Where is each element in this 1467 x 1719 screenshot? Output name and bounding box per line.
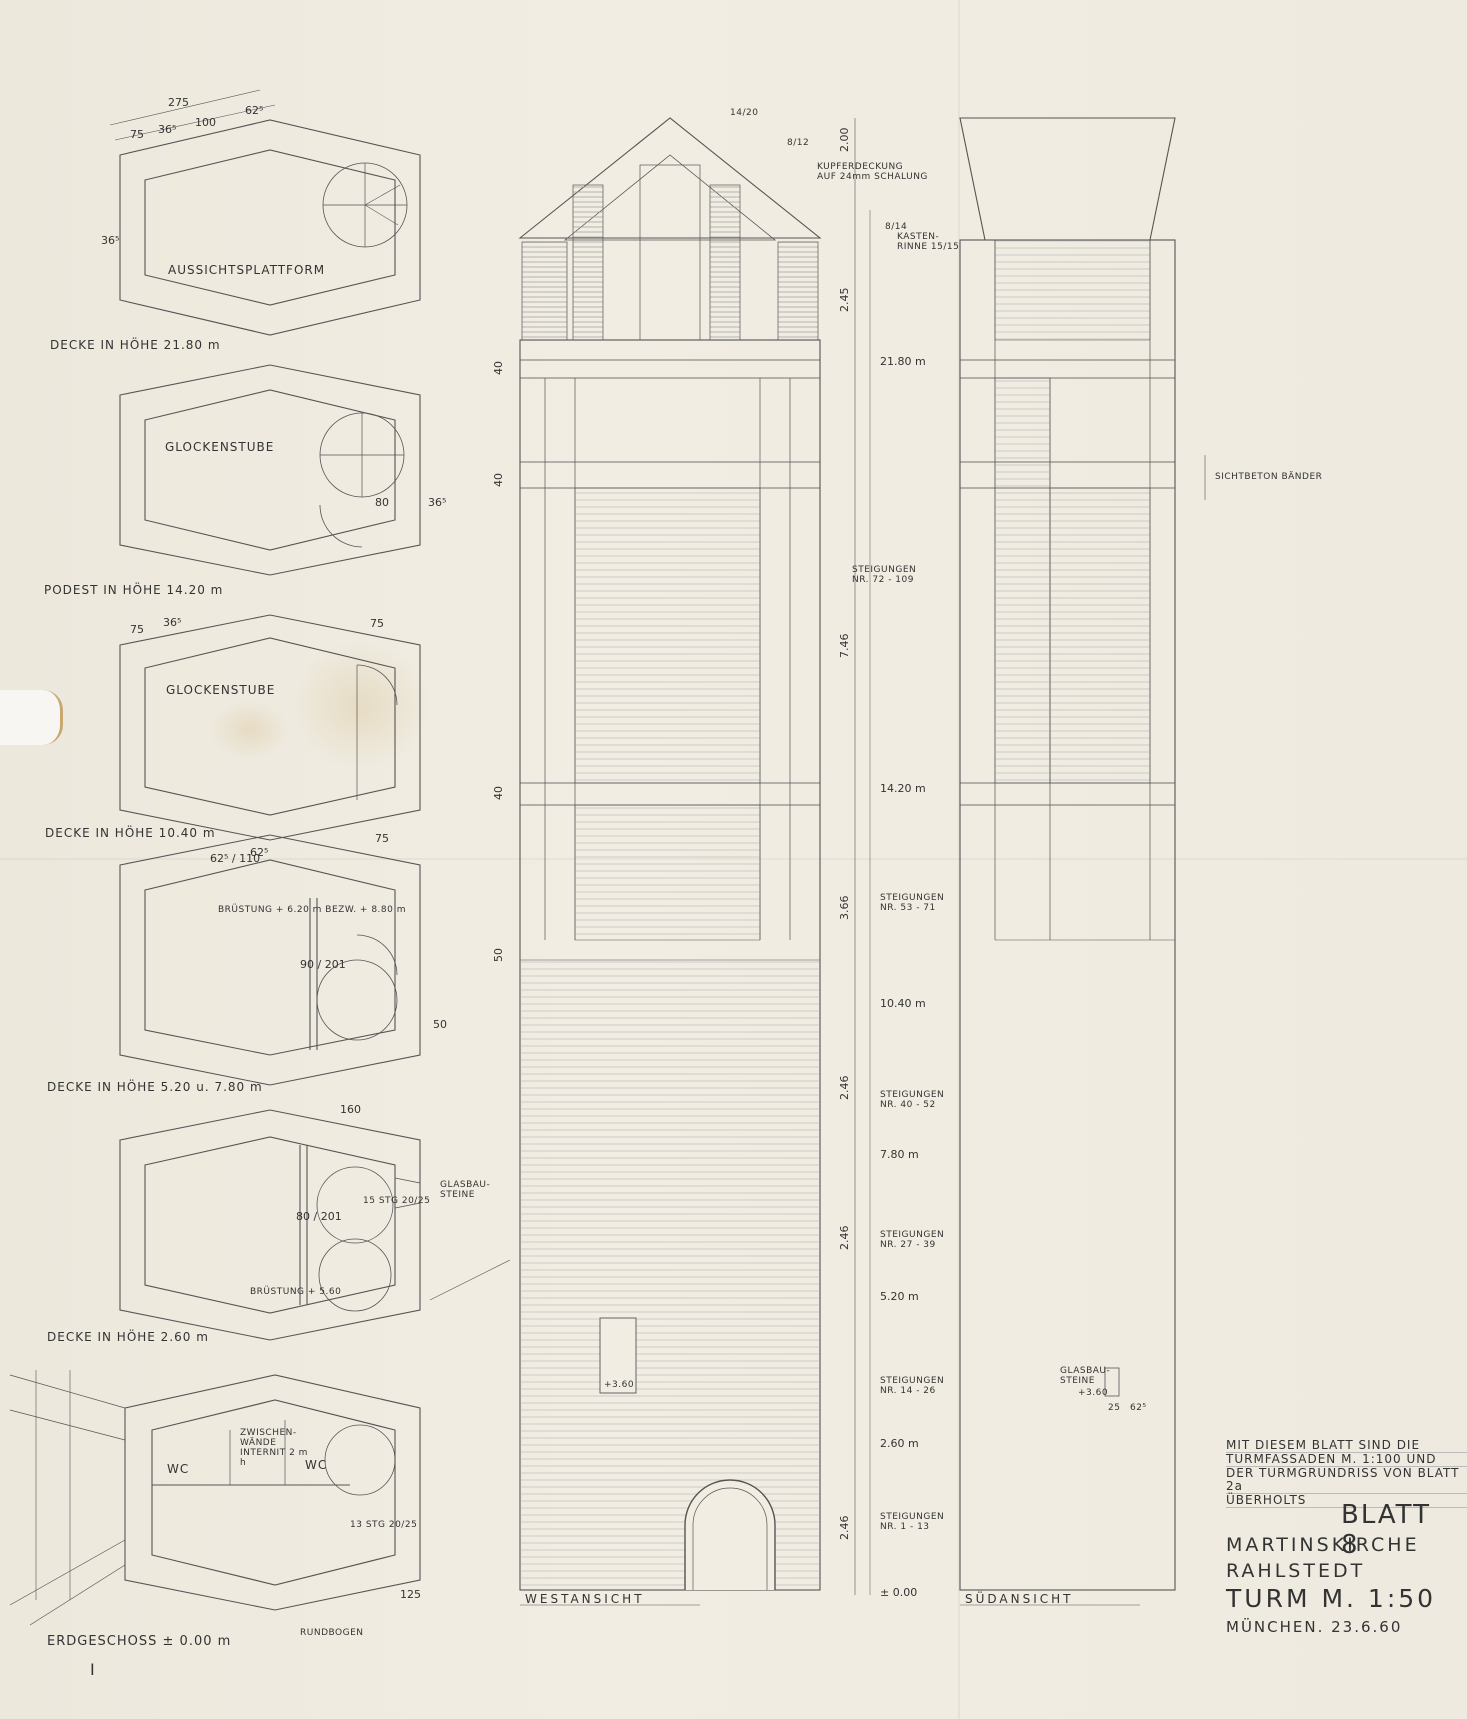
roofing-note: KUPFERDECKUNG <box>817 162 903 172</box>
level-marker: 2.60 m <box>880 1437 919 1450</box>
drawing-sheet: AUSSICHTSPLATTFORM DECKE IN HÖHE 21.80 m… <box>0 0 1467 1719</box>
room-label: BRÜSTUNG + 6.20 m BEZW. + 8.80 m <box>218 905 406 915</box>
revision-note: MIT DIESEM BLATT SIND DIE TURMFASSADEN M… <box>1226 1439 1467 1508</box>
level-marker: ± 0.00 <box>880 1586 917 1599</box>
dimension: 2.46 <box>838 1226 851 1251</box>
dimension: 62⁵ <box>245 104 263 117</box>
stair-range: NR. 27 - 39 <box>880 1240 936 1250</box>
plan-caption: DECKE IN HÖHE 2.60 m <box>47 1330 209 1344</box>
dimension: 36⁵ <box>428 496 446 509</box>
plan-caption: DECKE IN HÖHE 5.20 u. 7.80 m <box>47 1080 263 1094</box>
roofing-note: AUF 24mm SCHALUNG <box>817 172 928 182</box>
level-marker: 10.40 m <box>880 997 926 1010</box>
dimension: 36⁵ <box>163 616 181 629</box>
stair-label: 15 STG 20/25 <box>363 1196 430 1206</box>
note-label: BRÜSTUNG + 5.60 <box>250 1287 341 1297</box>
project-location: RAHLSTEDT <box>1226 1560 1365 1582</box>
plan-caption: DECKE IN HÖHE 21.80 m <box>50 338 221 352</box>
dimension: 75 <box>130 128 144 141</box>
dimension: 36⁵ <box>158 123 176 136</box>
plan-aussichtsplattform <box>110 90 420 335</box>
dimension: 36⁵ <box>101 234 119 247</box>
stair-range: NR. 53 - 71 <box>880 903 936 913</box>
dimension: 100 <box>195 116 216 129</box>
stair-range: NR. 72 - 109 <box>852 575 914 585</box>
room-label: WC <box>167 1462 189 1476</box>
dimension: 62⁵ <box>250 846 268 859</box>
dimension: 160 <box>340 1103 361 1116</box>
plan-caption: PODEST IN HÖHE 14.20 m <box>44 583 223 597</box>
dimension: 75 <box>130 623 144 636</box>
place-date: MÜNCHEN. 23.6.60 <box>1226 1618 1402 1636</box>
dimension: 80 / 201 <box>296 1210 342 1223</box>
level-marker: 14.20 m <box>880 782 926 795</box>
plan-first-floor <box>120 1110 420 1340</box>
room-label: GLOCKENSTUBE <box>166 683 275 697</box>
room-label: AUSSICHTSPLATTFORM <box>168 263 325 277</box>
stair-range: NR. 40 - 52 <box>880 1100 936 1110</box>
elevation-title-west: WESTANSICHT <box>525 1592 645 1606</box>
dimension: 25 <box>1108 1403 1120 1413</box>
dimension: 2.46 <box>838 1076 851 1101</box>
dimension: 75 <box>370 617 384 630</box>
dimension: 50 <box>492 948 505 962</box>
note-line: MIT DIESEM BLATT SIND DIE <box>1226 1439 1467 1453</box>
plan-caption: DECKE IN HÖHE 10.40 m <box>45 826 216 840</box>
page-mark: I <box>90 1660 95 1679</box>
plan-glockenstube-lower <box>120 615 420 840</box>
gutter-note: RINNE 15/15 <box>897 242 959 252</box>
room-label: GLOCKENSTUBE <box>165 440 274 454</box>
window-level: +3.60 <box>604 1380 634 1390</box>
dimension: 2.45 <box>838 288 851 313</box>
drawing-subject: TURM M. 1:50 <box>1226 1584 1436 1613</box>
dimension: 62⁵ <box>1130 1403 1147 1413</box>
stair-range-label: STEIGUNGEN <box>880 1090 944 1100</box>
note-line: DER TURMGRUNDRISS VON BLATT 2a <box>1226 1467 1467 1494</box>
stair-range: NR. 1 - 13 <box>880 1522 930 1532</box>
elevation-title-south: SÜDANSICHT <box>965 1592 1074 1606</box>
concrete-bands-note: SICHTBETON BÄNDER <box>1215 472 1322 482</box>
dimension: 75 <box>375 832 389 845</box>
west-elevation <box>430 118 870 1595</box>
dimension: 2.46 <box>838 1516 851 1541</box>
level-marker: 7.80 m <box>880 1148 919 1161</box>
dimension: 40 <box>492 473 505 487</box>
stair-range: NR. 14 - 26 <box>880 1386 936 1396</box>
stair-range-label: STEIGUNGEN <box>880 1512 944 1522</box>
stair-range-label: STEIGUNGEN <box>852 565 916 575</box>
glass-block-note: GLASBAU- <box>1060 1366 1110 1376</box>
note-label: GLASBAU- STEINE <box>440 1180 500 1200</box>
plan-glockenstube-upper <box>120 365 420 575</box>
dimension: 275 <box>168 96 189 109</box>
dimension: 90 / 201 <box>300 958 346 971</box>
note-label: ZWISCHEN- WÄNDE INTERNIT 2 m h <box>240 1428 310 1468</box>
dimension: 125 <box>400 1588 421 1601</box>
plan-erdgeschoss <box>10 1370 420 1625</box>
level-marker: 21.80 m <box>880 355 926 368</box>
stair-range-label: STEIGUNGEN <box>880 893 944 903</box>
note-label: RUNDBOGEN <box>300 1628 364 1638</box>
window-level: +3.60 <box>1078 1388 1108 1398</box>
gutter-beam: 8/14 <box>885 222 907 232</box>
glass-block-note: STEINE <box>1060 1376 1095 1386</box>
plan-caption: ERDGESCHOSS ± 0.00 m <box>47 1634 231 1649</box>
plan-bruestung <box>120 835 420 1085</box>
dimension: 7.46 <box>838 634 851 659</box>
dimension: 80 <box>375 496 389 509</box>
gutter-note: KASTEN- <box>897 232 939 242</box>
stair-label: 13 STG 20/25 <box>350 1520 417 1530</box>
stair-range-label: STEIGUNGEN <box>880 1376 944 1386</box>
dimension: 40 <box>492 361 505 375</box>
level-marker: 5.20 m <box>880 1290 919 1303</box>
dimension: 2.00 <box>838 128 851 153</box>
stair-range-label: STEIGUNGEN <box>880 1230 944 1240</box>
project-name: MARTINSKIRCHE <box>1226 1534 1420 1556</box>
ridge-dimension: 14/20 <box>730 108 758 118</box>
dimension: 50 <box>433 1018 447 1031</box>
note-line: TURMFASSADEN M. 1:100 UND <box>1226 1453 1467 1467</box>
dimension: 40 <box>492 786 505 800</box>
rafter-dimension: 8/12 <box>787 138 809 148</box>
dimension: 3.66 <box>838 896 851 921</box>
